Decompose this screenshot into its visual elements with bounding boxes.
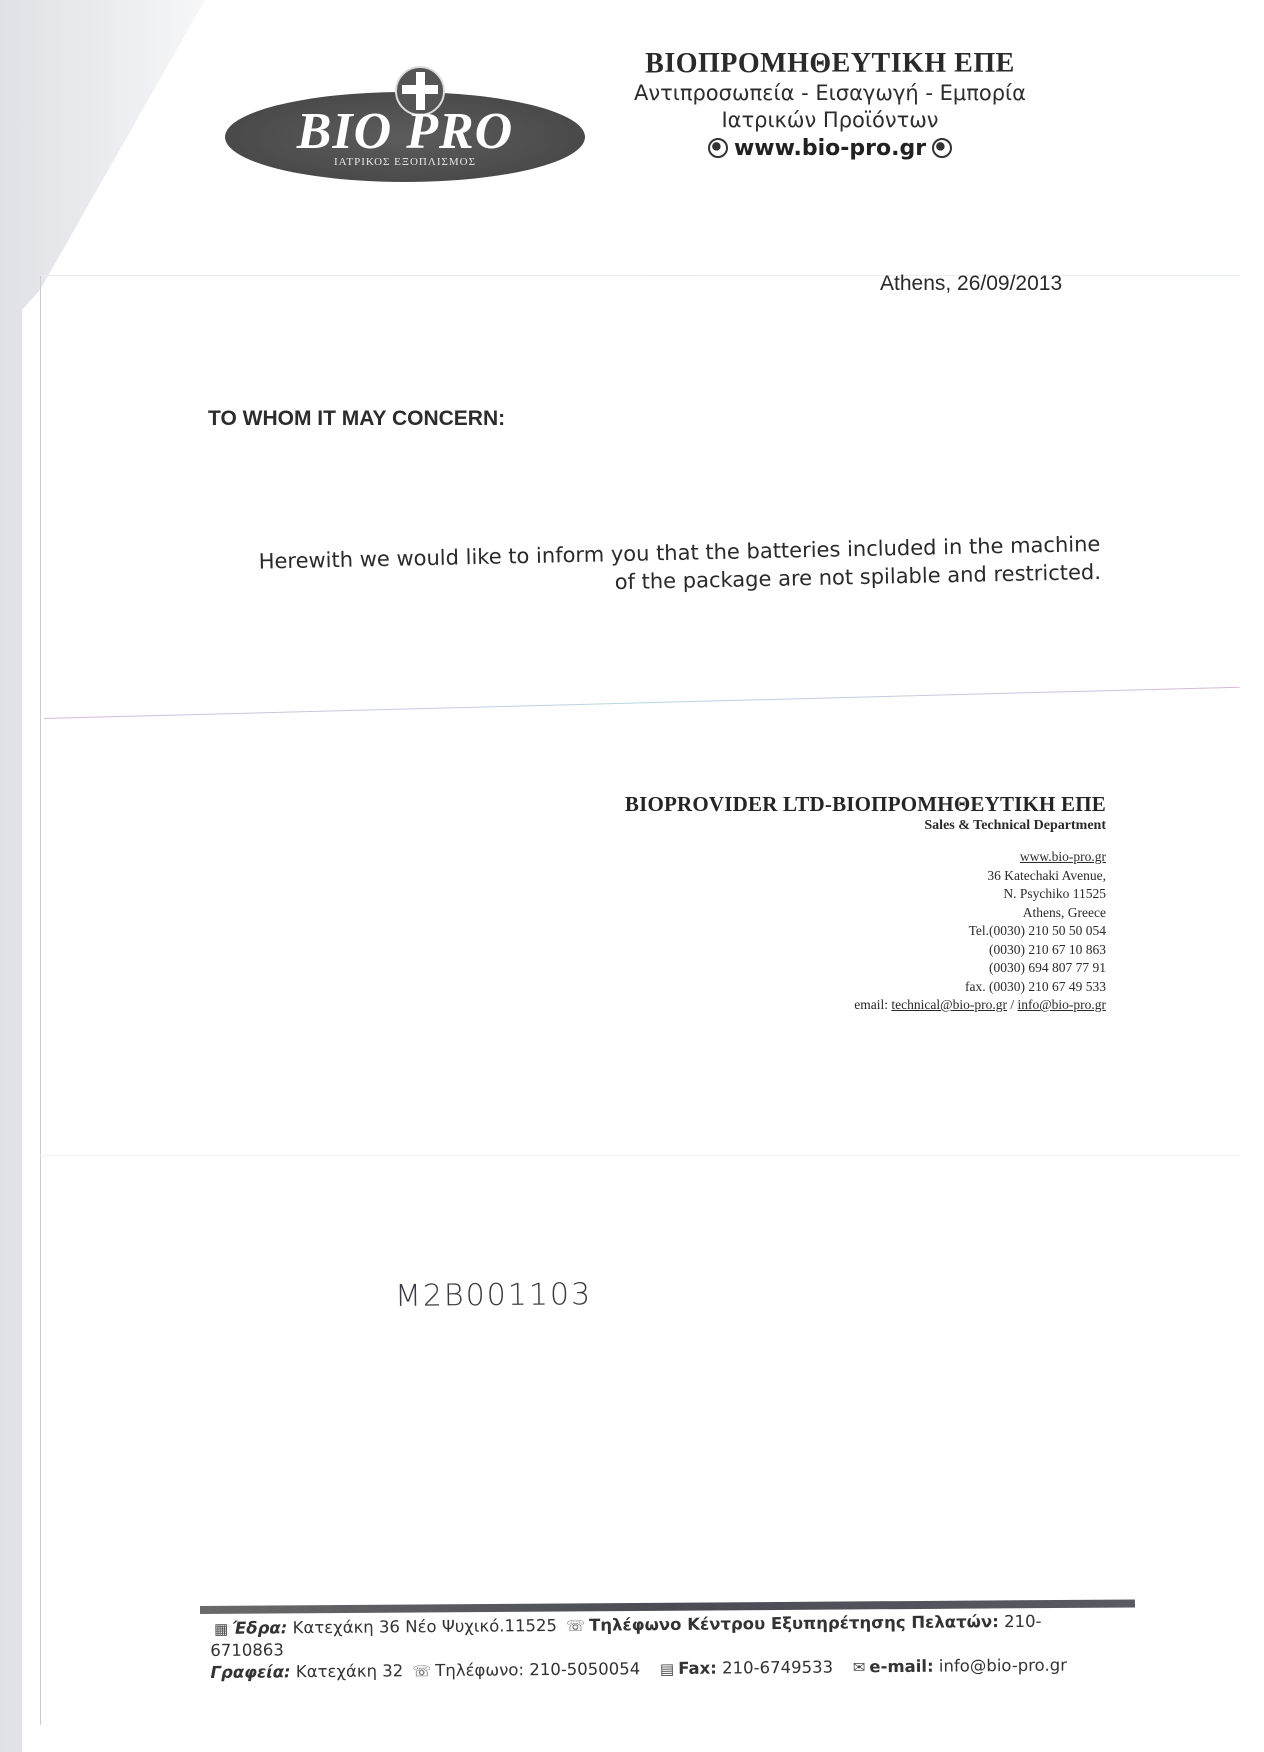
company-activity-2: Ιατρικών Προϊόντων: [600, 107, 1060, 134]
footer: ▦Έδρα: Κατεχάκη 36 Νέο Ψυχικό.11525 ☏Τηλ…: [210, 1610, 1091, 1684]
letter-date: Athens, 26/09/2013: [880, 272, 1062, 296]
email-link-info[interactable]: info@bio-pro.gr: [1017, 997, 1106, 1012]
fold-crease: [44, 687, 1240, 719]
mail-icon: ✉: [853, 1656, 866, 1678]
phone-icon: ☏: [566, 1615, 585, 1637]
signature-department: Sales & Technical Department: [625, 818, 1106, 834]
salutation: TO WHOM IT MAY CONCERN:: [208, 407, 505, 431]
letter-body: Herewith we would like to inform you tha…: [220, 530, 1101, 604]
phone-line: (0030) 694 807 77 91: [625, 959, 1106, 978]
signature-block: BIOPROVIDER LTD-ΒΙΟΠΡΟΜΗΘΕΥΤΙΚΗ ΕΠΕ Sale…: [625, 792, 1106, 1015]
globe-icon: [932, 138, 952, 158]
fax-icon: ▤: [660, 1658, 674, 1680]
email-line: email: technical@bio-pro.gr / info@bio-p…: [625, 996, 1106, 1015]
fax-line: fax. (0030) 210 67 49 533: [625, 978, 1106, 997]
address-line: 36 Katechaki Avenue,: [625, 867, 1106, 886]
company-logo: BIO PRO ΙΑΤΡΙΚΟΣ ΕΞΟΠΛΙΣΜΟΣ: [225, 92, 585, 182]
signature-company: BIOPROVIDER LTD-ΒΙΟΠΡΟΜΗΘΕΥΤΙΚΗ ΕΠΕ: [625, 792, 1106, 817]
address-line: Athens, Greece: [625, 904, 1106, 923]
phone-icon: ☏: [412, 1660, 431, 1682]
page-edge-line: [40, 275, 41, 1725]
globe-icon: [708, 138, 728, 158]
website-link[interactable]: www.bio-pro.gr: [734, 136, 926, 161]
letterhead: ΒΙΟΠΡΟΜΗΘΕΥΤΙΚΗ ΕΠΕ Αντιπροσωπεία - Εισα…: [600, 48, 1060, 161]
building-icon: ▦: [214, 1618, 228, 1640]
company-name: ΒΙΟΠΡΟΜΗΘΕΥΤΙΚΗ ΕΠΕ: [600, 48, 1060, 80]
email-link-technical[interactable]: technical@bio-pro.gr: [891, 997, 1007, 1012]
logo-brand: BIO PRO: [225, 102, 585, 161]
phone-line: Tel.(0030) 210 50 50 054: [625, 922, 1106, 941]
phone-line: (0030) 210 67 10 863: [625, 941, 1106, 960]
address-line: N. Psychiko 11525: [625, 885, 1106, 904]
company-activity: Αντιπροσωπεία - Εισαγωγή - Εμπορία: [600, 80, 1060, 107]
footer-email-link[interactable]: info@bio-pro.gr: [939, 1656, 1067, 1676]
contact-details: www.bio-pro.gr 36 Katechaki Avenue, N. P…: [625, 848, 1106, 1015]
logo-tagline: ΙΑΤΡΙΚΟΣ ΕΞΟΠΛΙΣΜΟΣ: [225, 156, 585, 168]
paper-fold-corner: [0, 0, 205, 1752]
fold-crease: [40, 1155, 1240, 1156]
handwritten-serial: M2B001103: [395, 1277, 592, 1314]
website-link[interactable]: www.bio-pro.gr: [625, 848, 1106, 867]
footer-line-1: ▦Έδρα: Κατεχάκη 36 Νέο Ψυχικό.11525 ☏Τηλ…: [210, 1610, 1090, 1662]
website-line: www.bio-pro.gr: [600, 136, 1060, 161]
